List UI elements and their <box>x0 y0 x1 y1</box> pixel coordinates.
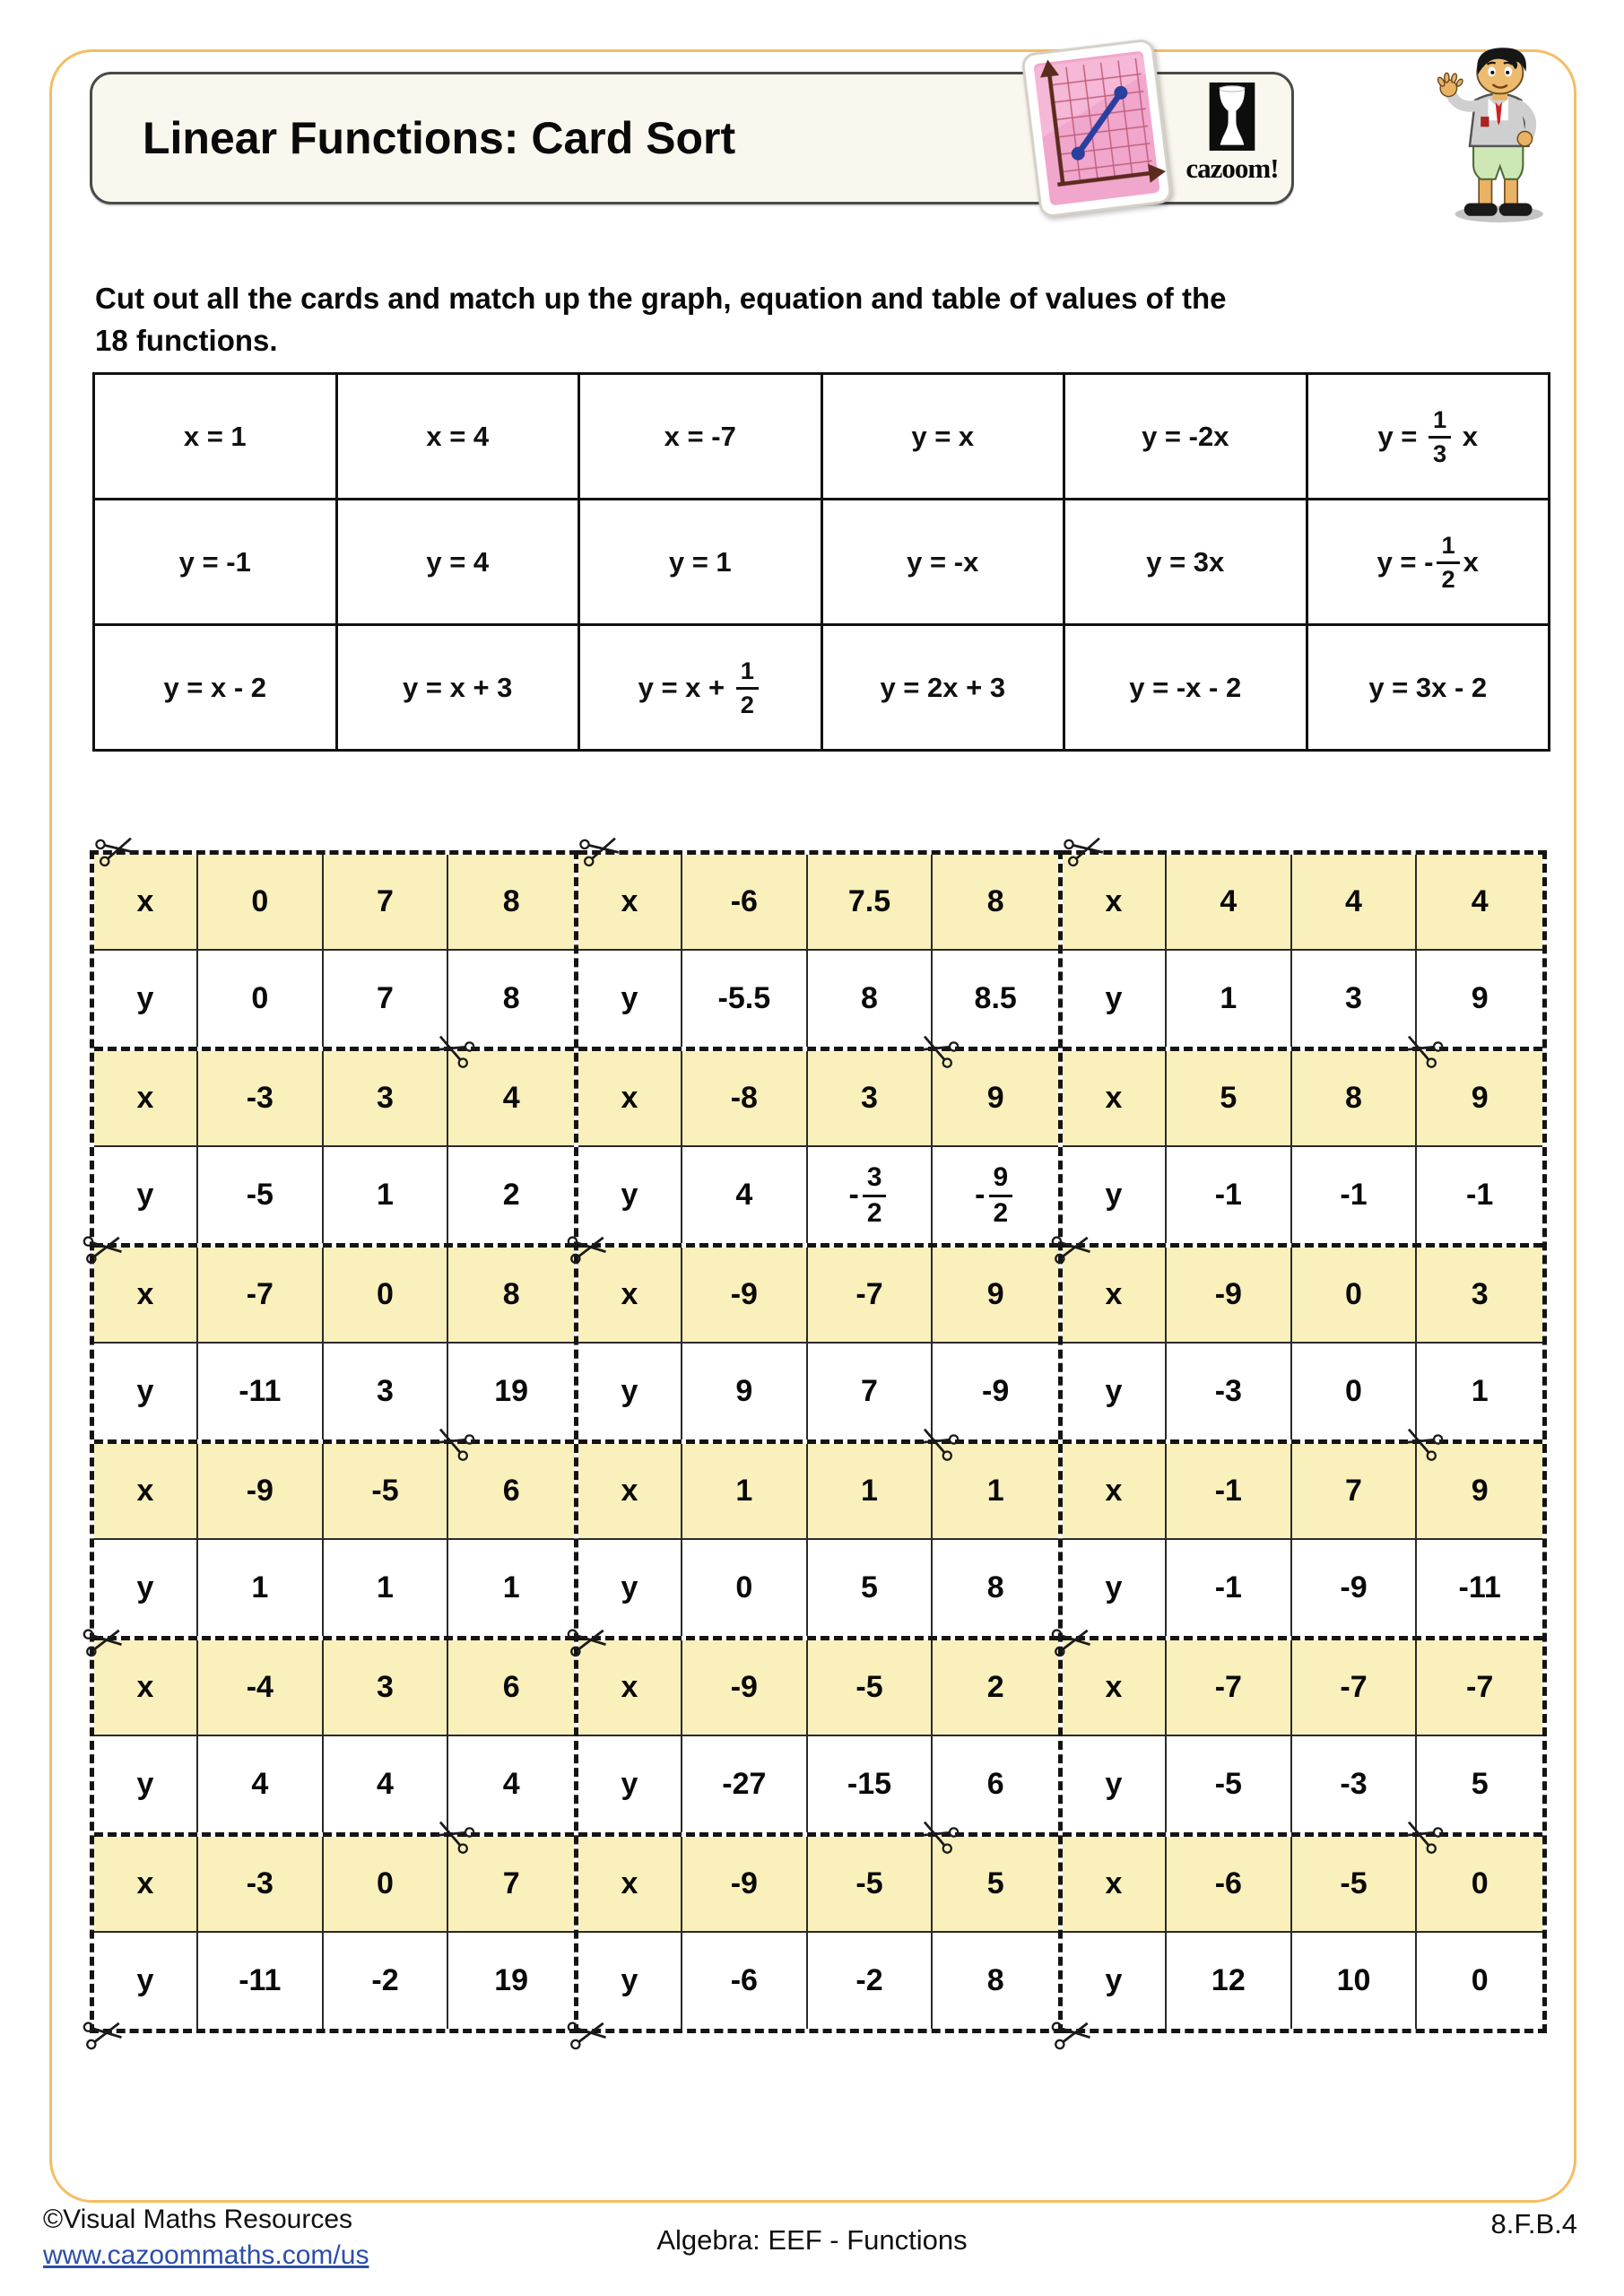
x-row: x-436 <box>94 1640 574 1736</box>
value-card: x-436y444 <box>94 1636 574 1832</box>
x-row: x-9-52 <box>578 1640 1058 1736</box>
value-cell: 1 <box>448 1540 574 1636</box>
value-cell: 3 <box>324 1640 449 1736</box>
value-cell: 0 <box>1292 1248 1418 1344</box>
instructions-line-2: 18 functions. <box>95 320 1494 362</box>
value-cell: 12 <box>1167 1933 1292 2029</box>
value-cell: 9 <box>1417 1444 1542 1540</box>
equation-card: y = 4 <box>338 500 581 626</box>
value-cell: -5 <box>198 1147 324 1243</box>
row-label-cell: x <box>94 1444 198 1540</box>
equation-card: x = 4 <box>338 375 581 500</box>
row-label-cell: x <box>94 1248 198 1344</box>
value-cell: 5 <box>1167 1051 1292 1147</box>
value-cell: 5 <box>1417 1736 1542 1832</box>
row-label-cell: x <box>94 1837 198 1933</box>
row-label-cell: x <box>578 1837 682 1933</box>
equation-table: x = 1x = 4x = -7y = xy = -2xy = 13 xy = … <box>92 372 1550 752</box>
fraction: 12 <box>1437 533 1459 591</box>
value-cell: 4 <box>448 1051 574 1147</box>
fraction: 13 <box>1429 407 1451 465</box>
y-row: y444 <box>94 1736 574 1832</box>
equation-card: y = -2x <box>1065 375 1308 500</box>
x-row: x444 <box>1063 855 1542 951</box>
value-cell: 9 <box>933 1051 1058 1147</box>
value-cell: 1 <box>682 1444 808 1540</box>
y-row: y058 <box>578 1540 1058 1636</box>
x-row: x-903 <box>1063 1248 1542 1344</box>
value-cell: 8 <box>448 1248 574 1344</box>
value-cell: -11 <box>1417 1540 1542 1636</box>
equation-card: y = -1 <box>95 500 338 626</box>
value-cell: 0 <box>1417 1837 1542 1933</box>
fraction: 12 <box>736 658 759 717</box>
equation-card: x = -7 <box>580 375 823 500</box>
y-row: y4- 32- 92 <box>578 1147 1058 1243</box>
value-cell: 4 <box>1292 855 1418 951</box>
row-label-cell: x <box>94 1051 198 1147</box>
row-label-cell: y <box>1063 1736 1167 1832</box>
equation-card: y = 13 x <box>1308 375 1551 500</box>
value-cell: -5 <box>1167 1736 1292 1832</box>
value-cell: 0 <box>198 951 324 1047</box>
y-row: y-301 <box>1063 1344 1542 1439</box>
page-title: Linear Functions: Card Sort <box>143 74 735 202</box>
row-label-cell: y <box>94 1540 198 1636</box>
value-cell: 6 <box>448 1444 574 1540</box>
value-cell: 4 <box>1417 855 1542 951</box>
value-card: x-334y-512 <box>94 1047 574 1243</box>
row-label-cell: y <box>1063 1147 1167 1243</box>
row-label-cell: x <box>578 1640 682 1736</box>
value-card: x-708y-11319 <box>94 1243 574 1439</box>
value-cell: 0 <box>324 1837 449 1933</box>
value-cell: 8 <box>933 1933 1058 2029</box>
equation-card: y = x - 2 <box>95 626 338 752</box>
value-cell: 9 <box>682 1344 808 1439</box>
row-label-cell: x <box>578 1248 682 1344</box>
value-cell: 0 <box>682 1540 808 1636</box>
instructions-text: Cut out all the cards and match up the g… <box>95 278 1494 362</box>
value-cell: - 32 <box>808 1147 934 1243</box>
value-cell: 0 <box>1292 1344 1418 1439</box>
value-cell: -3 <box>198 1837 324 1933</box>
row-label-cell: y <box>1063 951 1167 1047</box>
equation-card: y = x + 12 <box>580 626 823 752</box>
card-column: x078y078x-334y-512x-708y-11319x-9-56y111… <box>90 850 578 2033</box>
y-row: y-5.588.5 <box>578 951 1058 1047</box>
value-cell: 1 <box>1417 1344 1542 1439</box>
value-cell: 7.5 <box>808 855 934 951</box>
value-card: x589y-1-1-1 <box>1063 1047 1542 1243</box>
value-cell: -7 <box>198 1248 324 1344</box>
value-card: x-7-7-7y-5-35 <box>1063 1636 1542 1832</box>
row-label-cell: y <box>94 1933 198 2029</box>
value-cell: 6 <box>933 1736 1058 1832</box>
value-cell: 3 <box>808 1051 934 1147</box>
value-cell: -3 <box>1167 1344 1292 1439</box>
value-cell: -3 <box>198 1051 324 1147</box>
row-label-cell: x <box>1063 1444 1167 1540</box>
equation-card: y = -x - 2 <box>1065 626 1308 752</box>
value-cell: -8 <box>682 1051 808 1147</box>
value-cell: -4 <box>198 1640 324 1736</box>
row-label-cell: y <box>94 1147 198 1243</box>
value-card: x-9-55y-6-28 <box>578 1832 1058 2029</box>
brand-text: cazoom! <box>1175 152 1290 185</box>
value-cell: -5.5 <box>682 951 808 1047</box>
value-cell: -9 <box>682 1248 808 1344</box>
value-cell: -1 <box>1292 1147 1418 1243</box>
x-row: x-9-55 <box>578 1837 1058 1933</box>
row-label-cell: x <box>1063 1051 1167 1147</box>
y-row: y-11319 <box>94 1344 574 1439</box>
value-cell: 5 <box>933 1837 1058 1933</box>
value-cell: -5 <box>324 1444 449 1540</box>
instructions-line-1: Cut out all the cards and match up the g… <box>95 278 1494 320</box>
value-card: x444y139 <box>1063 855 1542 1047</box>
row-label-cell: y <box>578 1736 682 1832</box>
value-cell: 7 <box>448 1837 574 1933</box>
fraction: 32 <box>863 1164 887 1227</box>
value-cell: 2 <box>448 1147 574 1243</box>
value-cell: 0 <box>324 1248 449 1344</box>
x-row: x-9-79 <box>578 1248 1058 1344</box>
row-label-cell: y <box>578 1540 682 1636</box>
y-row: y97-9 <box>578 1344 1058 1439</box>
row-label-cell: y <box>578 1933 682 2029</box>
row-label-cell: y <box>94 951 198 1047</box>
equation-card: y = x + 3 <box>338 626 581 752</box>
x-row: x589 <box>1063 1051 1542 1147</box>
value-card-grid: x078y078x-334y-512x-708y-11319x-9-56y111… <box>90 850 1547 2033</box>
value-cell: 8 <box>808 951 934 1047</box>
y-row: y-27-156 <box>578 1736 1058 1832</box>
value-card: x-9-79y97-9 <box>578 1243 1058 1439</box>
value-cell: -11 <box>198 1344 324 1439</box>
value-cell: -9 <box>1292 1540 1418 1636</box>
row-label-cell: y <box>94 1344 198 1439</box>
value-cell: 7 <box>324 855 449 951</box>
value-cell: -27 <box>682 1736 808 1832</box>
value-cell: 7 <box>808 1344 934 1439</box>
y-row: y078 <box>94 951 574 1047</box>
x-row: x078 <box>94 855 574 951</box>
value-cell: 4 <box>1167 855 1292 951</box>
row-label-cell: y <box>1063 1344 1167 1439</box>
y-row: y139 <box>1063 951 1542 1047</box>
value-cell: 8 <box>933 1540 1058 1636</box>
x-row: x-6-50 <box>1063 1837 1542 1933</box>
row-label-cell: x <box>578 1444 682 1540</box>
value-cell: 9 <box>1417 951 1542 1047</box>
value-cell: -7 <box>1167 1640 1292 1736</box>
value-card: x-67.58y-5.588.5 <box>578 855 1058 1047</box>
y-row: y-512 <box>94 1147 574 1243</box>
value-cell: 4 <box>682 1147 808 1243</box>
equation-card: y = 1 <box>580 500 823 626</box>
value-cell: -7 <box>1292 1640 1418 1736</box>
value-cell: 3 <box>1292 951 1418 1047</box>
value-card: x111y058 <box>578 1439 1058 1636</box>
x-row: x111 <box>578 1444 1058 1540</box>
value-cell: -6 <box>682 1933 808 2029</box>
value-cell: -7 <box>808 1248 934 1344</box>
row-label-cell: y <box>94 1736 198 1832</box>
value-card: x-9-56y111 <box>94 1439 574 1636</box>
value-cell: 8 <box>448 951 574 1047</box>
value-cell: -7 <box>1417 1640 1542 1736</box>
row-label-cell: y <box>578 1147 682 1243</box>
value-cell: 8 <box>1292 1051 1418 1147</box>
fraction: 92 <box>989 1164 1013 1227</box>
equation-card: y = 2x + 3 <box>823 626 1066 752</box>
value-cell: 6 <box>448 1640 574 1736</box>
x-row: x-9-56 <box>94 1444 574 1540</box>
x-row: x-307 <box>94 1837 574 1933</box>
value-cell: -1 <box>1167 1444 1292 1540</box>
graph-icon <box>1020 38 1174 220</box>
brand-icon <box>1209 83 1255 151</box>
x-row: x-839 <box>578 1051 1058 1147</box>
value-card: x-307y-11-219 <box>94 1832 574 2029</box>
value-cell: 1 <box>324 1147 449 1243</box>
x-row: x-179 <box>1063 1444 1542 1540</box>
card-column: x444y139x589y-1-1-1x-903y-301x-179y-1-9-… <box>1063 850 1547 2033</box>
value-cell: 1 <box>198 1540 324 1636</box>
x-row: x-67.58 <box>578 855 1058 951</box>
value-cell: 5 <box>808 1540 934 1636</box>
row-label-cell: x <box>94 1640 198 1736</box>
row-label-cell: x <box>578 855 682 951</box>
value-cell: 8.5 <box>933 951 1058 1047</box>
value-cell: -5 <box>1292 1837 1418 1933</box>
value-cell: 7 <box>324 951 449 1047</box>
value-cell: 4 <box>324 1736 449 1832</box>
value-cell: -2 <box>324 1933 449 2029</box>
value-cell: 3 <box>324 1344 449 1439</box>
row-label-cell: x <box>1063 1248 1167 1344</box>
value-card: x-9-52y-27-156 <box>578 1636 1058 1832</box>
value-cell: -9 <box>682 1837 808 1933</box>
equation-card: y = -x <box>823 500 1066 626</box>
subject-text: Algebra: EEF - Functions <box>0 2224 1624 2257</box>
value-cell: -11 <box>198 1933 324 2029</box>
value-cell: 1 <box>324 1540 449 1636</box>
y-row: y12100 <box>1063 1933 1542 2029</box>
equation-card: y = 3x <box>1065 500 1308 626</box>
value-card: x-6-50y12100 <box>1063 1832 1542 2029</box>
x-row: x-708 <box>94 1248 574 1344</box>
value-cell: 1 <box>1167 951 1292 1047</box>
value-cell: 19 <box>448 1933 574 2029</box>
equation-card: y = 3x - 2 <box>1308 626 1551 752</box>
value-cell: 9 <box>1417 1051 1542 1147</box>
row-label-cell: y <box>578 1344 682 1439</box>
cazoom-logo: cazoom! <box>1175 83 1290 185</box>
standard-code: 8.F.B.4 <box>1491 2208 1578 2240</box>
row-label-cell: x <box>1063 855 1167 951</box>
value-cell: 19 <box>448 1344 574 1439</box>
value-cell: 2 <box>933 1640 1058 1736</box>
value-cell: -9 <box>198 1444 324 1540</box>
value-cell: - 92 <box>933 1147 1058 1243</box>
mascot-boy-illustration <box>1399 39 1583 223</box>
y-row: y-5-35 <box>1063 1736 1542 1832</box>
value-cell: -9 <box>1167 1248 1292 1344</box>
value-cell: 3 <box>324 1051 449 1147</box>
value-cell: 9 <box>933 1248 1058 1344</box>
value-cell: 0 <box>1417 1933 1542 2029</box>
value-cell: 10 <box>1292 1933 1418 2029</box>
card-column: x-67.58y-5.588.5x-839y4- 32- 92x-9-79y97… <box>578 850 1063 2033</box>
y-row: y-1-1-1 <box>1063 1147 1542 1243</box>
row-label-cell: x <box>578 1051 682 1147</box>
value-cell: -1 <box>1167 1540 1292 1636</box>
value-cell: 4 <box>448 1736 574 1832</box>
value-cell: -6 <box>1167 1837 1292 1933</box>
row-label-cell: x <box>94 855 198 951</box>
equation-card: y = -12x <box>1308 500 1551 626</box>
value-cell: 8 <box>933 855 1058 951</box>
x-row: x-7-7-7 <box>1063 1640 1542 1736</box>
y-row: y-11-219 <box>94 1933 574 2029</box>
value-card: x078y078 <box>94 855 574 1047</box>
row-label-cell: y <box>1063 1933 1167 2029</box>
value-cell: -2 <box>808 1933 934 2029</box>
value-cell: 3 <box>1417 1248 1542 1344</box>
value-card: x-179y-1-9-11 <box>1063 1439 1542 1636</box>
row-label-cell: x <box>1063 1640 1167 1736</box>
value-cell: 1 <box>933 1444 1058 1540</box>
x-row: x-334 <box>94 1051 574 1147</box>
y-row: y111 <box>94 1540 574 1636</box>
value-cell: -15 <box>808 1736 934 1832</box>
value-cell: -6 <box>682 855 808 951</box>
value-cell: 0 <box>198 855 324 951</box>
value-cell: -9 <box>682 1640 808 1736</box>
y-row: y-1-9-11 <box>1063 1540 1542 1636</box>
equation-card: x = 1 <box>95 375 338 500</box>
value-cell: -5 <box>808 1640 934 1736</box>
row-label-cell: y <box>578 951 682 1047</box>
value-cell: -1 <box>1417 1147 1542 1243</box>
equation-card: y = x <box>823 375 1066 500</box>
value-cell: 4 <box>198 1736 324 1832</box>
row-label-cell: y <box>1063 1540 1167 1636</box>
value-cell: -1 <box>1167 1147 1292 1243</box>
row-label-cell: x <box>1063 1837 1167 1933</box>
value-card: x-903y-301 <box>1063 1243 1542 1439</box>
value-cell: 1 <box>808 1444 934 1540</box>
value-cell: -9 <box>933 1344 1058 1439</box>
value-cell: 8 <box>448 855 574 951</box>
value-cell: 7 <box>1292 1444 1418 1540</box>
value-cell: -5 <box>808 1837 934 1933</box>
value-card: x-839y4- 32- 92 <box>578 1047 1058 1243</box>
value-cell: -3 <box>1292 1736 1418 1832</box>
y-row: y-6-28 <box>578 1933 1058 2029</box>
